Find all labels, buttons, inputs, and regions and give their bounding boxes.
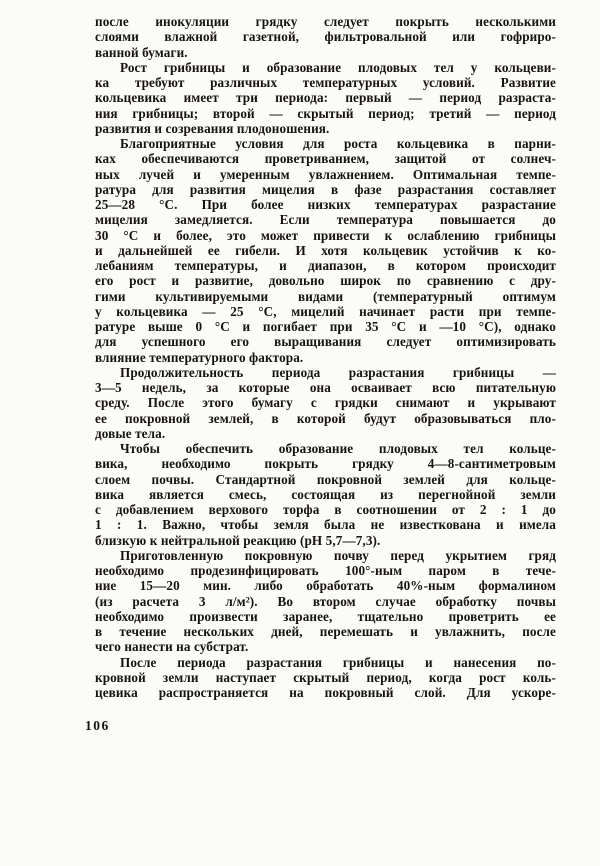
text-line: вика является смесь, состоящая из перегн… — [95, 487, 556, 502]
text-line: вика, необходимо покрыть грядку 4—8-сант… — [95, 456, 556, 471]
text-line: 30 °С и более, это может привести к осла… — [95, 228, 556, 243]
text-line: и дальнейшей ее гибели. И хотя кольцевик… — [95, 243, 556, 258]
text-line: После периода разрастания грибницы и нан… — [95, 655, 556, 670]
text-line: среду. После этого бумагу с грядки снима… — [95, 395, 556, 410]
text-line: мицелия замедляется. Если температура по… — [95, 212, 556, 227]
text-line: 1 : 1. Важно, чтобы земля была не извест… — [95, 517, 556, 532]
text-line: ратура для развития мицелия в фазе разра… — [95, 182, 556, 197]
page-number: 106 — [85, 718, 110, 734]
text-line: слоем почвы. Стандартной покровной земле… — [95, 472, 556, 487]
text-line: ние 15—20 мин. либо обработать 40%-ным ф… — [95, 578, 556, 593]
text-line: необходимо продезинфицировать 100°-ным п… — [95, 563, 556, 578]
scanned-book-page: после инокуляции грядку следует покрыть … — [0, 0, 600, 866]
text-line: влияние температурного фактора. — [95, 350, 556, 365]
text-line: слоями влажной газетной, фильтровальной … — [95, 29, 556, 44]
text-line: ее покровной землей, в которой будут обр… — [95, 411, 556, 426]
text-line: 3—5 недель, за которые она осваивает всю… — [95, 380, 556, 395]
text-line: кровной земли наступает скрытый период, … — [95, 670, 556, 685]
text-line: в течение нескольких дней, перемешать и … — [95, 624, 556, 639]
text-line: Приготовленную покровную почву перед укр… — [95, 548, 556, 563]
text-line: с добавлением верхового торфа в соотноше… — [95, 502, 556, 517]
text-line: после инокуляции грядку следует покрыть … — [95, 14, 556, 29]
text-line: Рост грибницы и образование плодовых тел… — [95, 60, 556, 75]
text-line: Чтобы обеспечить образование плодовых те… — [95, 441, 556, 456]
text-line: ратуре выше 0 °С и погибает при 35 °С и … — [95, 319, 556, 334]
text-line: чего нанести на субстрат. — [95, 639, 556, 654]
text-line: кольцевика имеет три периода: первый — п… — [95, 90, 556, 105]
text-line: у кольцевика — 25 °С, мицелий начинает р… — [95, 304, 556, 319]
text-line: Благоприятные условия для роста кольцеви… — [95, 136, 556, 151]
text-line: гими культивируемыми видами (температурн… — [95, 289, 556, 304]
text-line: Продолжительность периода разрастания гр… — [95, 365, 556, 380]
text-line: (из расчета 3 л/м²). Во втором случае об… — [95, 594, 556, 609]
text-line: цевика распространяется на покровный сло… — [95, 685, 556, 700]
page-text: после инокуляции грядку следует покрыть … — [95, 14, 556, 700]
text-line: ния грибницы; второй — скрытый период; т… — [95, 106, 556, 121]
text-line: для успешного его выращивания следует оп… — [95, 334, 556, 349]
text-line: ных лучей и умеренным увлажнением. Оптим… — [95, 167, 556, 182]
text-line: лебаниям температуры, и диапазон, в кото… — [95, 258, 556, 273]
text-line: довые тела. — [95, 426, 556, 441]
text-line: близкую к нейтральной реакцию (рН 5,7—7,… — [95, 533, 556, 548]
text-line: ка требуют различных температурных услов… — [95, 75, 556, 90]
text-line: необходимо произвести заранее, тщательно… — [95, 609, 556, 624]
text-line: ванной бумаги. — [95, 45, 556, 60]
text-line: ках обеспечиваются проветриванием, защит… — [95, 151, 556, 166]
text-line: его рост и развитие, довольно широк по с… — [95, 273, 556, 288]
text-line: развития и созревания плодоношения. — [95, 121, 556, 136]
text-line: 25—28 °С. При более низких температурах … — [95, 197, 556, 212]
